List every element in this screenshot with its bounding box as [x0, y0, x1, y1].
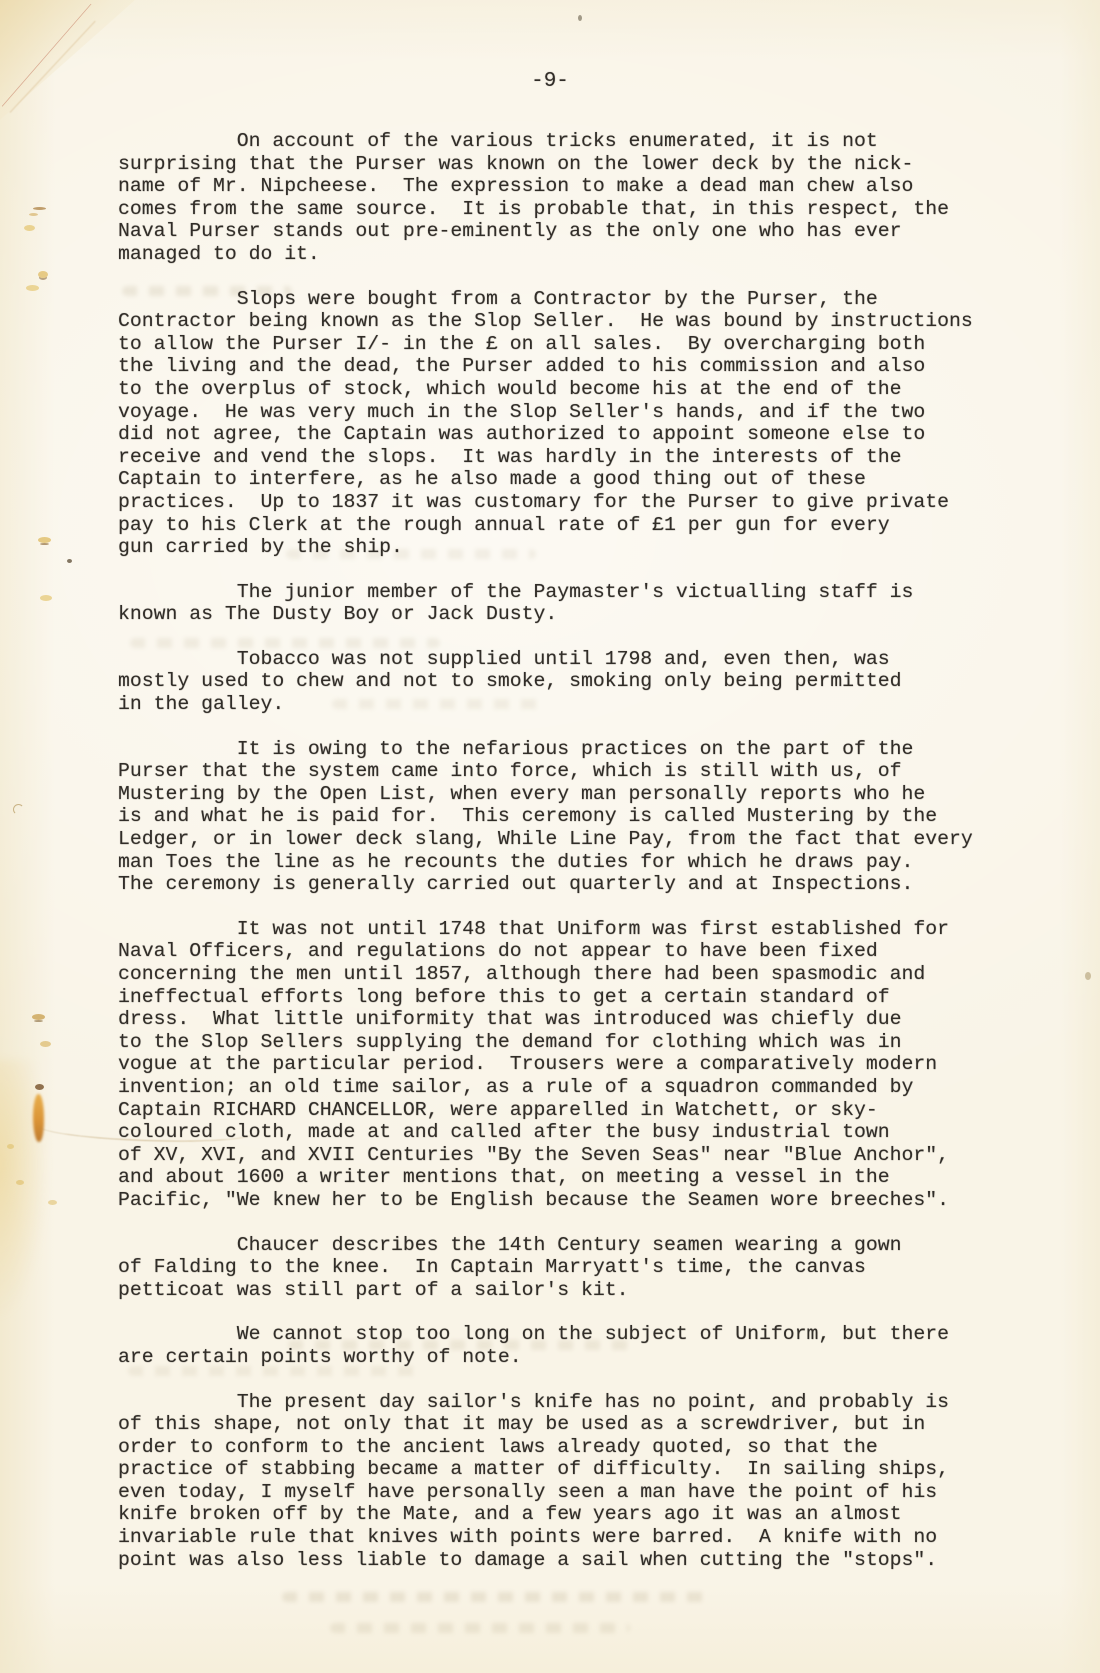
ink-speck	[26, 285, 39, 291]
ink-speck	[13, 804, 24, 815]
ink-speck	[38, 537, 51, 543]
ink-speck	[16, 1180, 24, 1185]
paragraph-chaucer: Chaucer describes the 14th Century seame…	[118, 1234, 1098, 1302]
rust-stain	[33, 1094, 44, 1142]
ink-speck	[7, 1144, 14, 1149]
ink-speck	[578, 15, 582, 21]
paragraph-mustering: It is owing to the nefarious practices o…	[118, 738, 1098, 896]
page-number: -9-	[0, 70, 1100, 94]
ink-speck	[67, 559, 72, 563]
ink-speck	[29, 213, 38, 216]
ink-speck	[40, 1041, 51, 1047]
paragraph-uniform-history: It was not until 1748 that Uniform was f…	[118, 918, 1098, 1212]
paragraph-jack-dusty: The junior member of the Paymaster's vic…	[118, 581, 1098, 626]
ink-speck	[35, 1084, 44, 1090]
paragraph-tobacco: Tobacco was not supplied until 1798 and,…	[118, 648, 1098, 716]
scanned-document-page: -9- On account of the various tricks enu…	[0, 0, 1100, 1673]
ink-speck	[32, 1014, 45, 1020]
paragraph-sailors-knife: The present day sailor's knife has no po…	[118, 1391, 1098, 1572]
typewritten-text-block: On account of the various tricks enumera…	[118, 130, 1098, 1593]
ink-speck	[33, 207, 46, 210]
ink-speck	[48, 1200, 57, 1205]
bleed-through-smudge	[330, 1623, 630, 1633]
paragraph-slops-contractor: Slops were bought from a Contractor by t…	[118, 288, 1098, 559]
paragraph-uniform-note: We cannot stop too long on the subject o…	[118, 1323, 1098, 1368]
ink-speck	[40, 595, 52, 601]
ink-speck	[38, 271, 48, 278]
paragraph-purser-nipcheese: On account of the various tricks enumera…	[118, 130, 1098, 266]
ink-speck	[24, 225, 35, 231]
bleed-through-smudge	[282, 1592, 712, 1602]
